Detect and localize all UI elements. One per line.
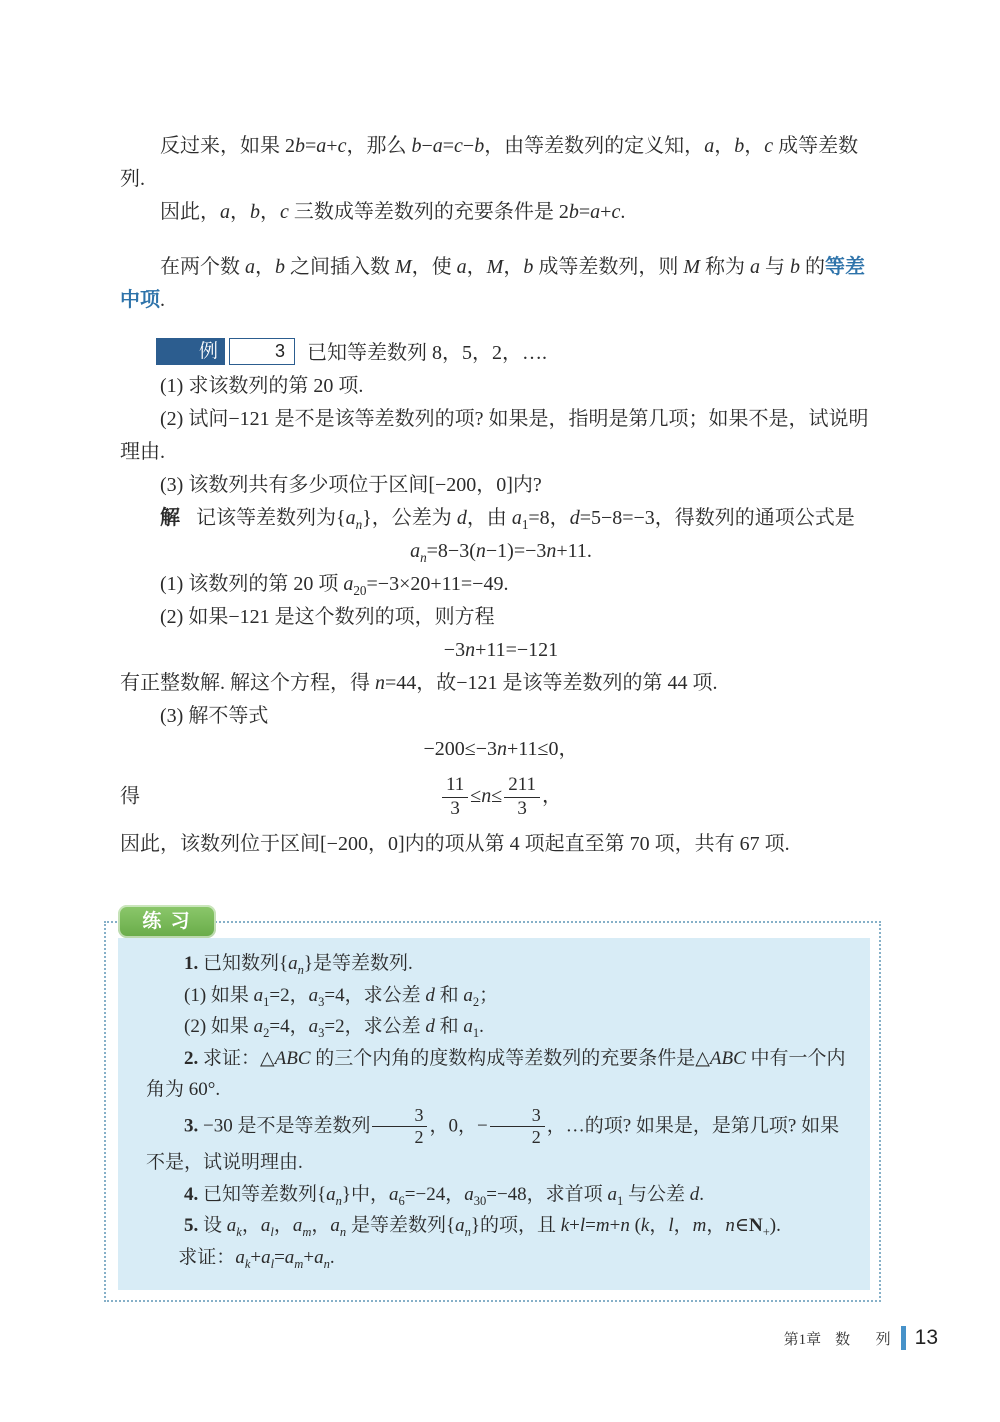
paragraph-converse: 反过来，如果 2b=a+c，那么 b−a=c−b，由等差数列的定义知，a，b，c…	[120, 130, 882, 196]
solution-step-3: (3) 解不等式	[120, 700, 882, 733]
example-question-1: (1) 求该数列的第 20 项.	[120, 370, 882, 403]
page-footer: 第1章 数 列 13	[784, 1326, 938, 1350]
arithmetic-mean-period: .	[160, 289, 165, 311]
paragraph-arithmetic-mean: 在两个数 a，b 之间插入数 M，使 a，M，b 成等差数列，则 M 称为 a …	[120, 251, 882, 317]
solution-paragraph: 解记该等差数列为{an}，公差为 d，由 a1=8，d=5−8=−3，得数列的通…	[120, 502, 882, 535]
footer-page-number: 13	[915, 1326, 938, 1350]
example-question-3: (3) 该数列共有多少项位于区间[−200，0]内?	[120, 469, 882, 502]
footer-section: 数 列	[835, 1328, 897, 1349]
example-number-badge: 3	[229, 338, 295, 365]
example-question-2: (2) 试问−121 是不是该等差数列的项? 如果是，指明是第几项；如果不是，试…	[120, 403, 882, 469]
exercise-2: 2. 求证：△ABC 的三个内角的度数构成等差数列的充要条件是△ABC 中有一个…	[146, 1043, 846, 1106]
page-content: 反过来，如果 2b=a+c，那么 b−a=c−b，由等差数列的定义知，a，b，c…	[120, 130, 882, 861]
footer-chapter: 第1章	[784, 1328, 822, 1349]
formula-general-term: an=8−3(n−1)=−3n+11.	[120, 535, 882, 568]
example-intro-text: 已知等差数列 8，5，2，….	[307, 342, 547, 364]
solution-label: 解	[160, 507, 180, 529]
example-heading: 例3已知等差数列 8，5，2，….	[120, 337, 882, 370]
formula-equation: −3n+11=−121	[120, 634, 882, 667]
textbook-page: 反过来，如果 2b=a+c，那么 b−a=c−b，由等差数列的定义知，a，b，c…	[0, 0, 1000, 1422]
formula-fraction-row: 得 113≤n≤2113，	[120, 766, 882, 828]
example-badge: 例	[156, 338, 225, 365]
exercise-3: 3. −30 是不是等差数列32，0，−32，…的项? 如果是，是第几项? 如果…	[146, 1106, 846, 1179]
practice-tab: 练 习	[118, 905, 216, 938]
formula-inequality: −200≤−3n+11≤0，	[120, 733, 882, 766]
arithmetic-mean-text: 在两个数 a，b 之间插入数 M，使 a，M，b 成等差数列，则 M 称为 a …	[160, 256, 825, 278]
solution-intro-text: 记该等差数列为{an}，公差为 d，由 a1=8，d=5−8=−3，得数列的通项…	[196, 507, 855, 529]
footer-divider-bar	[901, 1326, 906, 1350]
solution-after-equation: 有正整数解. 解这个方程，得 n=44，故−121 是该等差数列的第 44 项.	[120, 667, 882, 700]
exercise-1: 1. 已知数列{an}是等差数列.	[146, 948, 846, 980]
formula-fraction-range: 113≤n≤2113，	[440, 785, 562, 807]
paragraph-sufficient-condition: 因此，a，b，c 三数成等差数列的充要条件是 2b=a+c.	[120, 196, 882, 229]
exercise-1-part-2: (2) 如果 a2=4，a3=2，求公差 d 和 a1.	[146, 1011, 846, 1043]
exercise-1-part-1: (1) 如果 a1=2，a3=4，求公差 d 和 a2；	[146, 980, 846, 1012]
exercise-5-proof: 求证：ak+al=am+an.	[146, 1242, 846, 1274]
practice-box: 1. 已知数列{an}是等差数列. (1) 如果 a1=2，a3=4，求公差 d…	[118, 938, 870, 1290]
exercise-4: 4. 已知等差数列{an}中，a6=−24，a30=−48，求首项 a1 与公差…	[146, 1179, 846, 1211]
solution-conclusion: 因此，该数列位于区间[−200，0]内的项从第 4 项起直至第 70 项，共有 …	[120, 828, 882, 861]
exercise-5: 5. 设 ak，al，am，an 是等差数列{an}的项，且 k+l=m+n (…	[146, 1210, 846, 1242]
solution-step-2: (2) 如果−121 是这个数列的项，则方程	[120, 601, 882, 634]
de-label: 得	[120, 781, 140, 814]
practice-section: 练 习 1. 已知数列{an}是等差数列. (1) 如果 a1=2，a3=4，求…	[104, 905, 885, 1305]
solution-step-1: (1) 该数列的第 20 项 a20=−3×20+11=−49.	[120, 568, 882, 601]
